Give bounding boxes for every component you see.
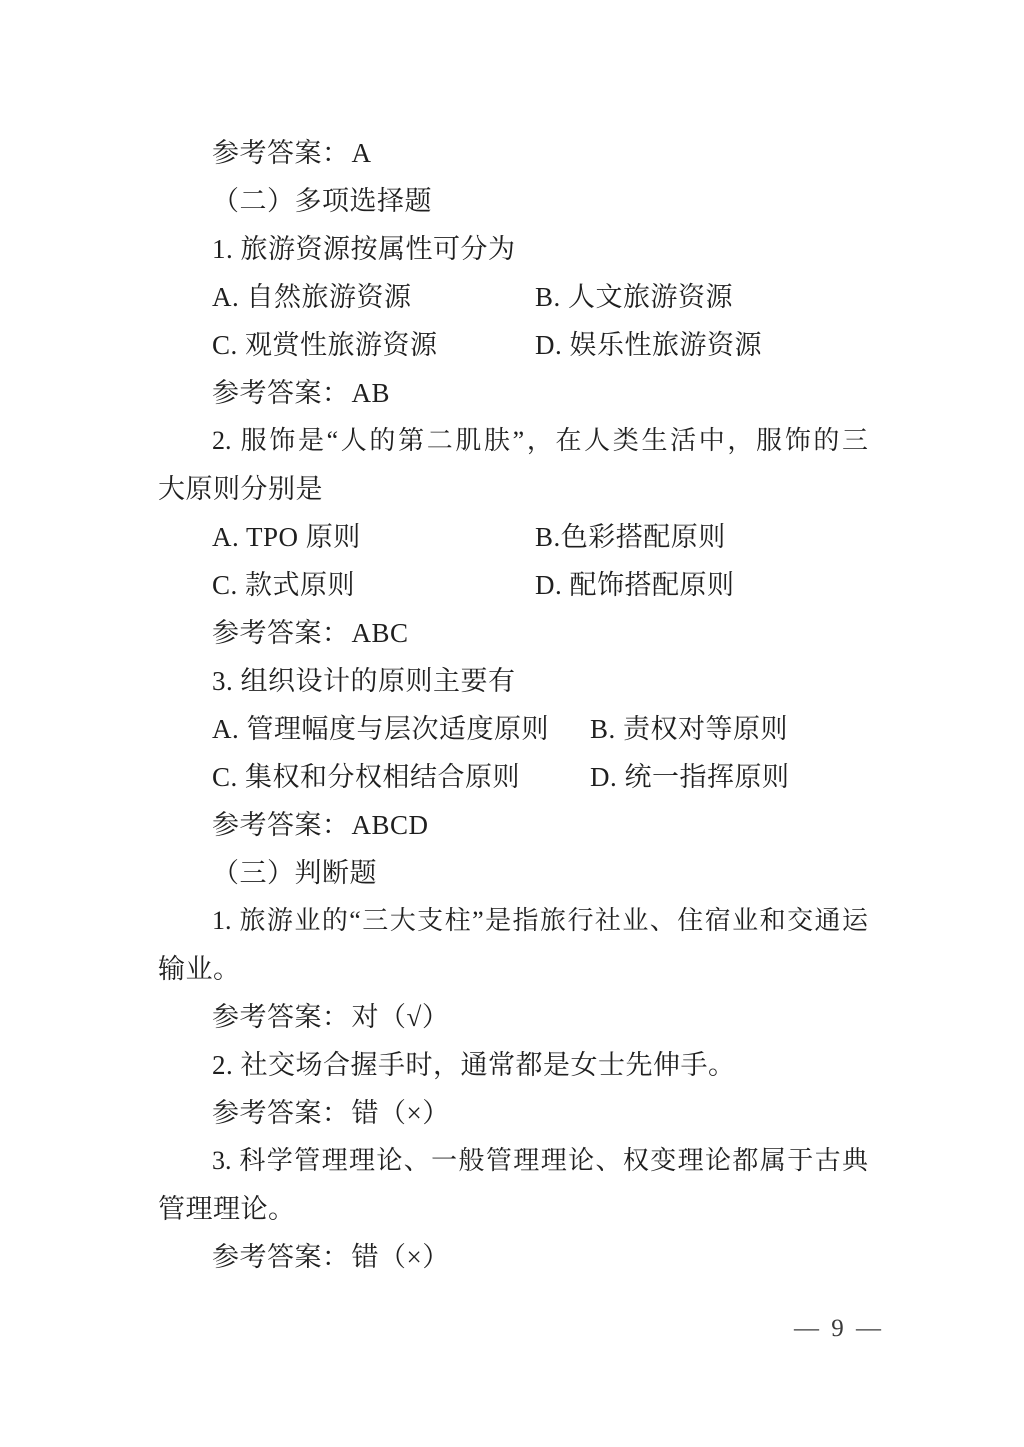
question-stem: 2. 服饰是“人的第二肌肤”，在人类生活中，服饰的三	[158, 417, 868, 465]
option-c: C. 款式原则	[212, 570, 355, 600]
question-stem: 1. 旅游业的“三大支柱”是指旅行社业、住宿业和交通运	[158, 897, 868, 945]
options-row: A. TPO 原则 B.色彩搭配原则	[158, 513, 868, 561]
option-a: A. 管理幅度与层次适度原则	[212, 714, 549, 744]
options-row: C. 观赏性旅游资源 D. 娱乐性旅游资源	[158, 321, 868, 369]
answer-value: 错（×）	[350, 1242, 450, 1272]
question-stem-continuation: 管理理论。	[158, 1185, 868, 1233]
option-d: D. 配饰搭配原则	[535, 561, 735, 609]
answer-line: 参考答案：对（√）	[158, 993, 868, 1041]
answer-value: ABCD	[350, 810, 429, 840]
answer-label: 参考答案：	[212, 1242, 350, 1272]
question-stem: 3. 组织设计的原则主要有	[158, 657, 868, 705]
answer-value: A	[350, 138, 372, 168]
answer-line: 参考答案：ABCD	[158, 801, 868, 849]
option-d: D. 娱乐性旅游资源	[535, 321, 762, 369]
page-number: — 9 —	[794, 1314, 884, 1344]
answer-value: 错（×）	[350, 1098, 450, 1128]
options-row: C. 集权和分权相结合原则 D. 统一指挥原则	[158, 753, 868, 801]
option-b: B. 责权对等原则	[590, 705, 788, 753]
answer-line: 参考答案：ABC	[158, 609, 868, 657]
options-row: A. 管理幅度与层次适度原则 B. 责权对等原则	[158, 705, 868, 753]
answer-label: 参考答案：	[212, 810, 350, 840]
option-a: A. TPO 原则	[212, 522, 361, 552]
options-row: A. 自然旅游资源 B. 人文旅游资源	[158, 273, 868, 321]
question-stem: 3. 科学管理理论、一般管理理论、权变理论都属于古典	[158, 1137, 868, 1185]
question-stem: 2. 社交场合握手时，通常都是女士先伸手。	[158, 1041, 868, 1089]
section-heading: （三）判断题	[158, 849, 868, 897]
answer-value: AB	[350, 378, 391, 408]
answer-label: 参考答案：	[212, 138, 350, 168]
question-stem-continuation: 输业。	[158, 945, 868, 993]
option-b: B.色彩搭配原则	[535, 513, 726, 561]
answer-label: 参考答案：	[212, 1098, 350, 1128]
answer-label: 参考答案：	[212, 378, 350, 408]
answer-label: 参考答案：	[212, 618, 350, 648]
answer-value: 对（√）	[350, 1002, 450, 1032]
answer-line: 参考答案：错（×）	[158, 1089, 868, 1137]
section-heading: （二）多项选择题	[158, 177, 868, 225]
answer-line: 参考答案：AB	[158, 369, 868, 417]
question-stem: 1. 旅游资源按属性可分为	[158, 225, 868, 273]
answer-value: ABC	[350, 618, 409, 648]
option-d: D. 统一指挥原则	[590, 753, 790, 801]
option-c: C. 集权和分权相结合原则	[212, 762, 520, 792]
question-stem-continuation: 大原则分别是	[158, 465, 868, 513]
document-body: 参考答案：A （二）多项选择题 1. 旅游资源按属性可分为 A. 自然旅游资源 …	[158, 129, 868, 1281]
answer-label: 参考答案：	[212, 1002, 350, 1032]
option-b: B. 人文旅游资源	[535, 273, 733, 321]
options-row: C. 款式原则 D. 配饰搭配原则	[158, 561, 868, 609]
option-c: C. 观赏性旅游资源	[212, 330, 438, 360]
option-a: A. 自然旅游资源	[212, 282, 412, 312]
document-page: 参考答案：A （二）多项选择题 1. 旅游资源按属性可分为 A. 自然旅游资源 …	[0, 0, 1024, 1447]
answer-line: 参考答案：A	[158, 129, 868, 177]
answer-line: 参考答案：错（×）	[158, 1233, 868, 1281]
